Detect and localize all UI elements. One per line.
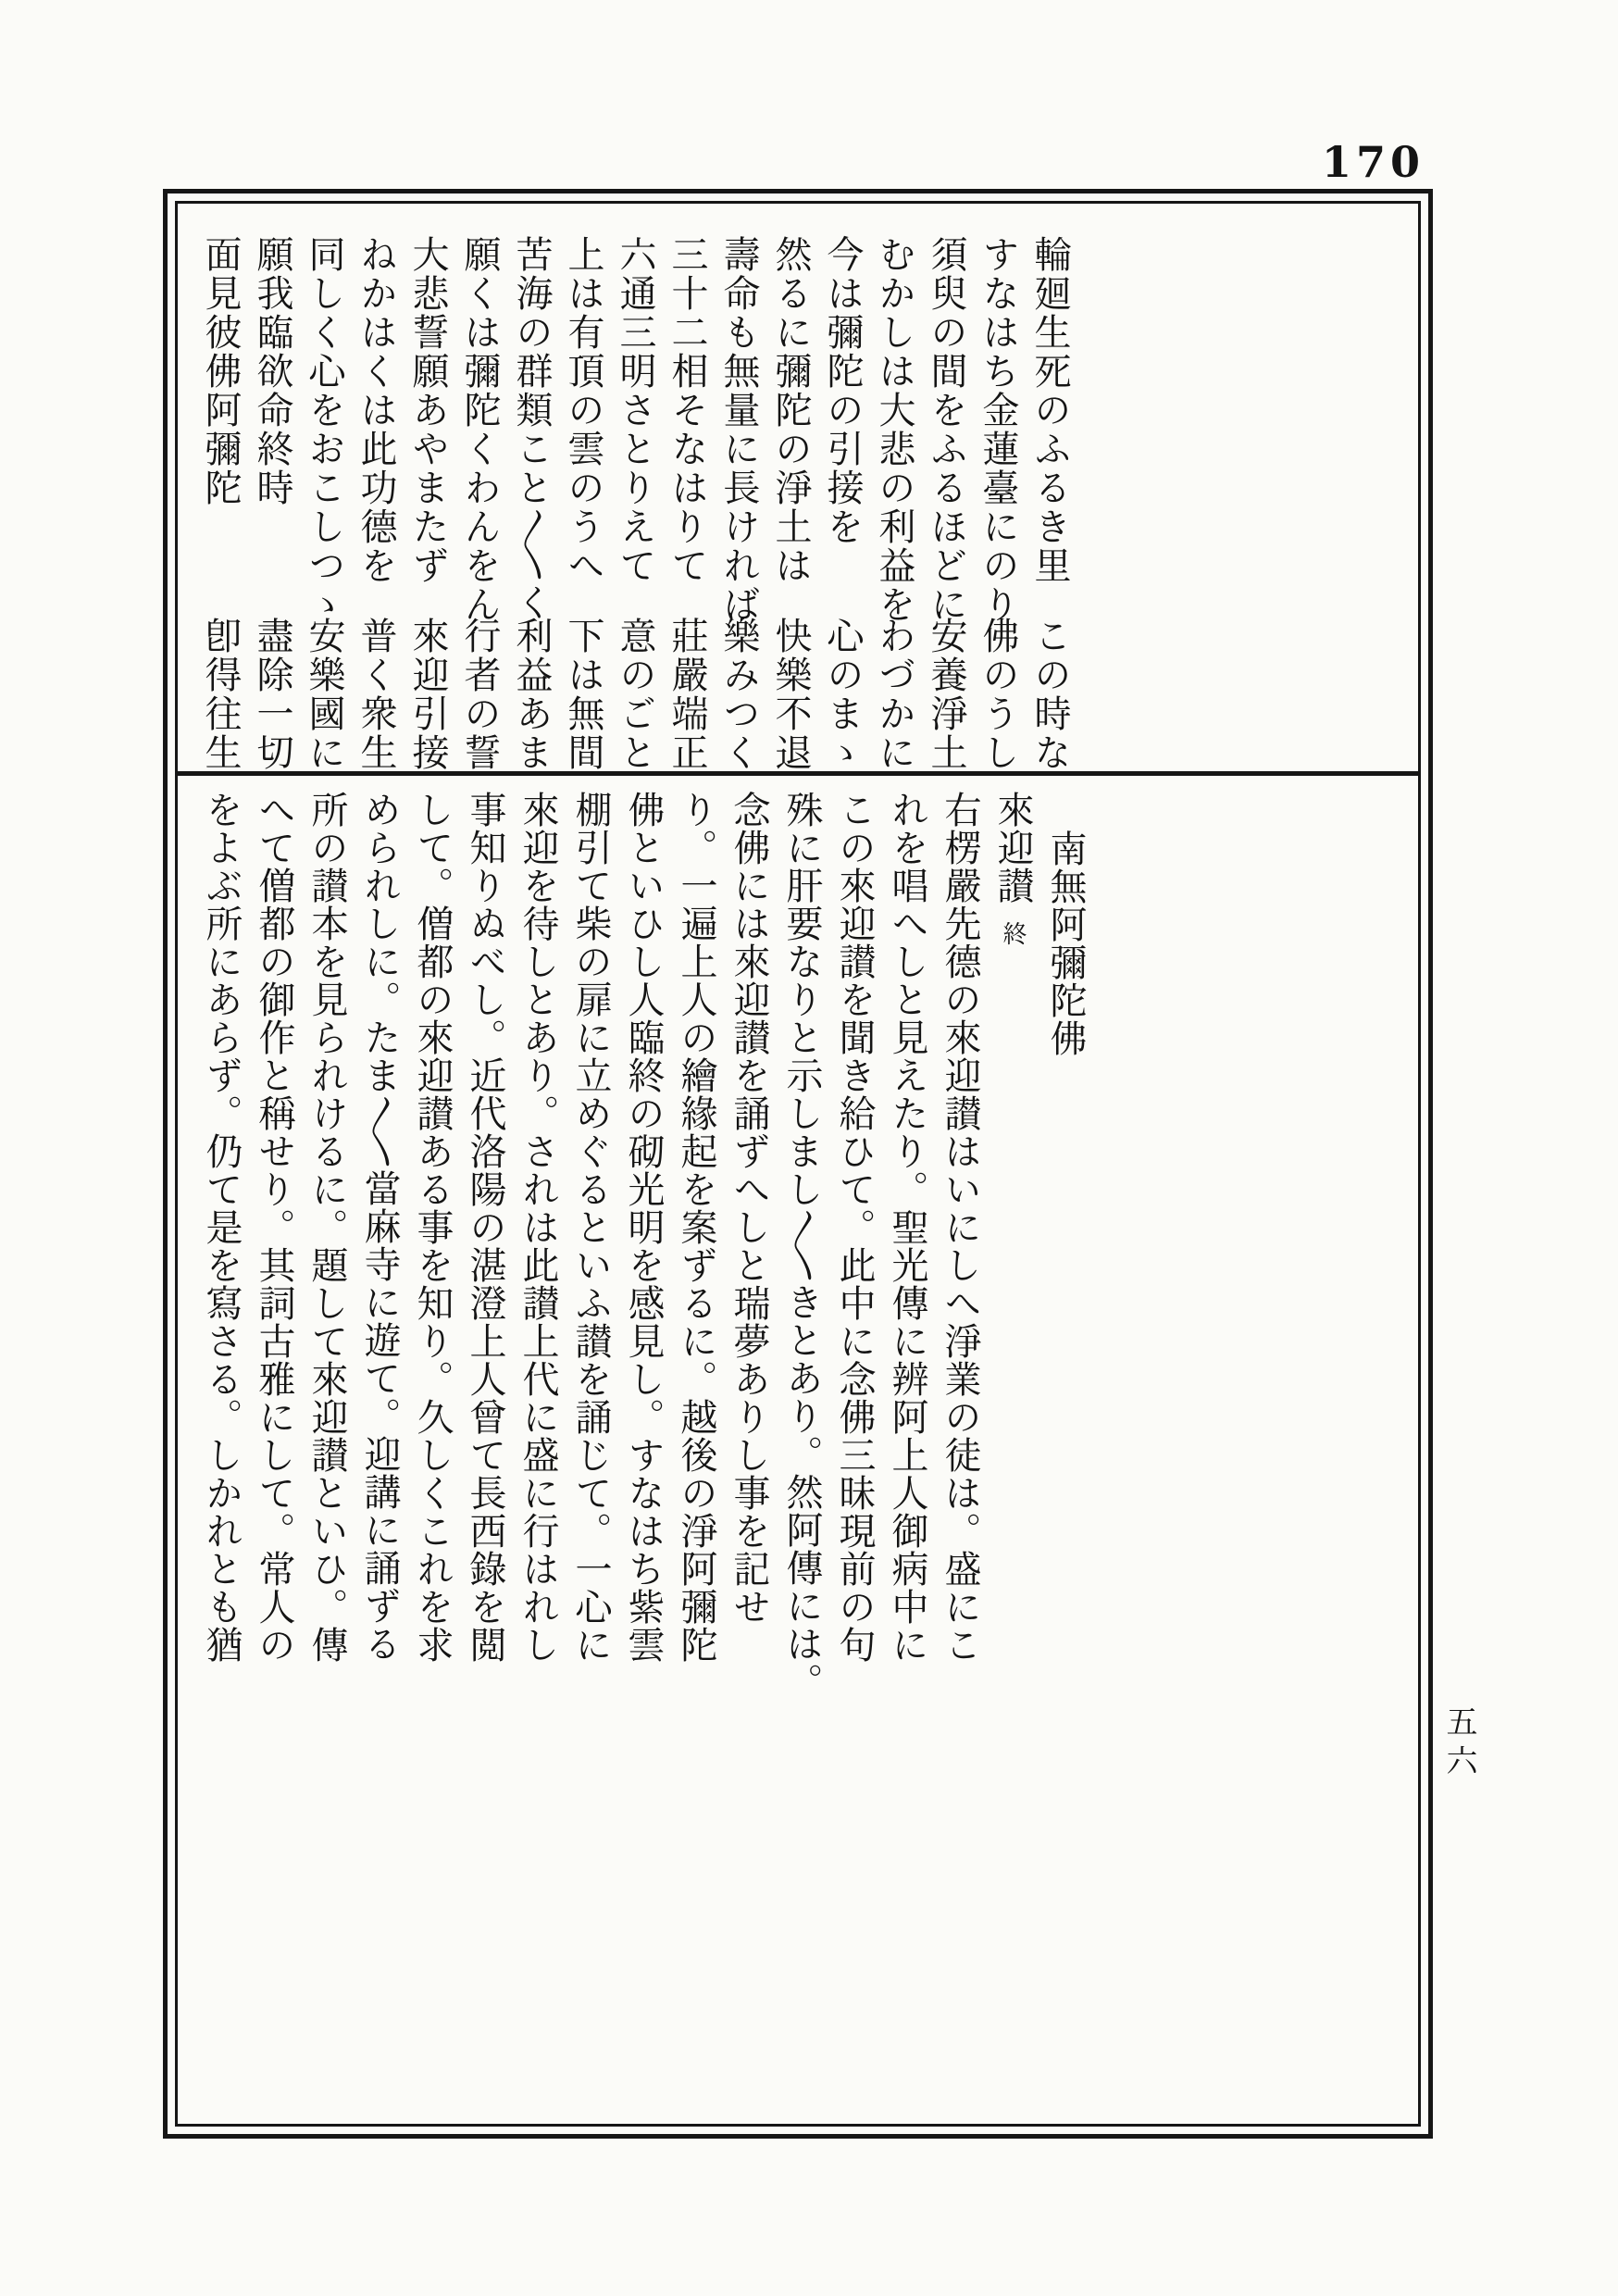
hymn-lower-phrase: 普く衆生に施して bbox=[357, 617, 394, 771]
commentary-end-note: 終 bbox=[999, 921, 1027, 945]
hymn-column: 今は彌陀の引接を心のまゝにかうふれり bbox=[824, 235, 861, 771]
commentary-column: へて僧都の御作と稱せり。其詞古雅にして。常人の bbox=[255, 791, 292, 2124]
commentary-column-text: 來迎讃 bbox=[991, 791, 1034, 905]
page-frame: 輪廻生死のふるき里この時ながくへたゝりぬすなはち金蓮臺にのり佛のうしろに隨ひて須… bbox=[163, 189, 1433, 2139]
hymn-lower-phrase: 佛のうしろに隨ひて bbox=[979, 617, 1016, 771]
hymn-column: 同しく心をおこしつゝ安樂國に往生せん bbox=[305, 235, 342, 771]
hymn-column: 三十二相そなはりて莊嚴端正殊妙なり bbox=[668, 235, 705, 771]
hymn-lower-phrase: 利益あまねく施せり bbox=[513, 617, 550, 771]
commentary-column-text: をよぶ所にあらず。仍て是を寫さる。しかれとも猶 bbox=[200, 791, 243, 1664]
commentary-column-text: して。僧都の來迎讃ある事を知り。久しくこれを求 bbox=[411, 791, 454, 1664]
hymn-lower-phrase: 行者の誓ひを愍念し bbox=[461, 617, 498, 771]
hymn-section: 輪廻生死のふるき里この時ながくへたゝりぬすなはち金蓮臺にのり佛のうしろに隨ひて須… bbox=[178, 204, 1418, 771]
hymn-column: 大悲誓願あやまたず來迎引接たれたまへ bbox=[409, 235, 446, 771]
sheet-number-vertical: 五六 bbox=[1437, 1705, 1482, 1783]
hymn-lower-phrase: 下は無間の底までも bbox=[565, 617, 602, 771]
commentary-section: 南無阿彌陀佛來迎讃終右楞嚴先德の來迎讃はいにしへ淨業の徒は。盛にこれを唱へしと見… bbox=[178, 776, 1418, 2124]
commentary-column: れを唱へしと見えたり。聖光傳に辨阿上人御病中に bbox=[889, 791, 926, 2124]
commentary-column-text: 殊に肝要なりと示しまし〱きとあり。然阿傳には。 bbox=[780, 791, 823, 1701]
commentary-column-text: 所の讃本を見られけるに。題して來迎讃といひ。傳 bbox=[305, 791, 348, 1664]
hymn-lower-phrase: 卽得往生安樂國 bbox=[202, 617, 239, 771]
commentary-column: 來迎を待しとあり。されは此讃上代に盛に行はれし bbox=[519, 791, 556, 2124]
hymn-column: 苦海の群類こと〱く利益あまねく施せり bbox=[513, 235, 550, 771]
commentary-column: この來迎讃を聞き給ひて。此中に念佛三昧現前の句 bbox=[836, 791, 873, 2124]
commentary-column: をよぶ所にあらず。仍て是を寫さる。しかれとも猶 bbox=[203, 791, 240, 2124]
hymn-lower-phrase: わづかに傳へて聞しかど bbox=[876, 617, 913, 771]
commentary-column: 右楞嚴先德の來迎讃はいにしへ淨業の徒は。盛にこ bbox=[941, 791, 978, 2124]
commentary-column-text: 佛といひし人臨終の砌光明を感見し。すなはち紫雲 bbox=[622, 791, 665, 1664]
hymn-column: 上は有頂の雲のうへ下は無間の底までも bbox=[565, 235, 602, 771]
commentary-column: 來迎讃終 bbox=[994, 791, 1031, 2124]
commentary-column: 事知りぬべし。近代洛陽の湛澄上人曾て長西錄を閲 bbox=[467, 791, 504, 2124]
commentary-columns: 南無阿彌陀佛來迎讃終右楞嚴先德の來迎讃はいにしへ淨業の徒は。盛にこれを唱へしと見… bbox=[187, 791, 1100, 2124]
commentary-column-text: 棚引て柴の扉に立めぐるといふ讃を誦じて。一心に bbox=[569, 791, 612, 1664]
folio-number: 170 bbox=[1322, 137, 1425, 187]
commentary-column: 所の讃本を見られけるに。題して來迎讃といひ。傳 bbox=[308, 791, 345, 2124]
hymn-column: 須臾の間をふるほどに安養淨土に往生す bbox=[927, 235, 965, 771]
scanned-book-page: { "page": { "folio_number": "170", "shee… bbox=[0, 0, 1618, 2296]
commentary-column: められしに。たま〱當麻寺に遊て。迎講に誦ずる bbox=[361, 791, 398, 2124]
commentary-column: り。一遍上人の繪緣起を案ずるに。越後の淨阿彌陀 bbox=[678, 791, 715, 2124]
hymn-lower-phrase: 盡除一切諸障礙 bbox=[254, 617, 291, 771]
commentary-column-text: り。一遍上人の繪緣起を案ずるに。越後の淨阿彌陀 bbox=[675, 791, 717, 1664]
commentary-column-text: 事知りぬべし。近代洛陽の湛澄上人曾て長西錄を閲 bbox=[464, 791, 506, 1664]
hymn-lower-phrase: 來迎引接たれたまへ bbox=[409, 617, 446, 771]
commentary-column: 念佛には來迎讃を誦ずへしと瑞夢ありし事を記せ bbox=[730, 791, 767, 2124]
hymn-column: むかしは大悲の利益をわづかに傳へて聞しかど bbox=[876, 235, 913, 771]
hymn-column: 然るに彌陀の淨土は快樂不退の所にて bbox=[772, 235, 809, 771]
hymn-column: 輪廻生死のふるき里この時ながくへたゝりぬ bbox=[1031, 235, 1068, 771]
hymn-lower-phrase: 快樂不退の所にて bbox=[772, 617, 809, 771]
hymn-lower-phrase: 意のごとく自在なり bbox=[616, 617, 653, 771]
commentary-column: 佛といひし人臨終の砌光明を感見し。すなはち紫雲 bbox=[625, 791, 662, 2124]
hymn-column: 願くは彌陀くわんをん行者の誓ひを愍念し bbox=[461, 235, 498, 771]
commentary-column-text: れを唱へしと見えたり。聖光傳に辨阿上人御病中に bbox=[886, 791, 928, 1664]
hymn-column: 壽命も無量に長ければ樂みつくる事そなき bbox=[720, 235, 757, 771]
commentary-column-text: 南無阿彌陀佛 bbox=[1044, 791, 1087, 1057]
hymn-columns: 輪廻生死のふるき里この時ながくへたゝりぬすなはち金蓮臺にのり佛のうしろに隨ひて須… bbox=[187, 235, 1083, 771]
commentary-column: 南無阿彌陀佛 bbox=[1047, 791, 1084, 2124]
hymn-column: 六通三明さとりえて意のごとく自在なり bbox=[616, 235, 653, 771]
commentary-column-text: へて僧都の御作と稱せり。其詞古雅にして。常人の bbox=[253, 791, 295, 1664]
commentary-column: 殊に肝要なりと示しまし〱きとあり。然阿傳には。 bbox=[783, 791, 820, 2124]
hymn-column: 面見彼佛阿彌陀卽得往生安樂國 bbox=[202, 235, 239, 771]
hymn-column: すなはち金蓮臺にのり佛のうしろに隨ひて bbox=[979, 235, 1016, 771]
hymn-lower-phrase: 樂みつくる事そなき bbox=[720, 617, 757, 771]
hymn-lower-phrase: 莊嚴端正殊妙なり bbox=[668, 617, 705, 771]
hymn-lower-phrase: 安樂國に往生せん bbox=[305, 617, 342, 771]
commentary-column-text: 念佛には來迎讃を誦ずへしと瑞夢ありし事を記せ bbox=[728, 791, 770, 1626]
commentary-column: して。僧都の來迎讃ある事を知り。久しくこれを求 bbox=[414, 791, 451, 2124]
hymn-lower-phrase: 安養淨土に往生す bbox=[927, 617, 965, 771]
commentary-column-text: められしに。たま〱當麻寺に遊て。迎講に誦ずる bbox=[358, 791, 401, 1663]
commentary-column-text: 右楞嚴先德の來迎讃はいにしへ淨業の徒は。盛にこ bbox=[939, 791, 981, 1664]
hymn-column: ねかはくは此功德を普く衆生に施して bbox=[357, 235, 394, 771]
hymn-lower-phrase: 心のまゝにかうふれり bbox=[824, 617, 861, 771]
hymn-lower-phrase: この時ながくへたゝりぬ bbox=[1031, 617, 1068, 771]
page-frame-inner-border: 輪廻生死のふるき里この時ながくへたゝりぬすなはち金蓮臺にのり佛のうしろに隨ひて須… bbox=[175, 201, 1421, 2127]
commentary-column: 棚引て柴の扉に立めぐるといふ讃を誦じて。一心に bbox=[572, 791, 609, 2124]
hymn-column: 願我臨欲命終時盡除一切諸障礙 bbox=[254, 235, 291, 771]
commentary-column-text: この來迎讃を聞き給ひて。此中に念佛三昧現前の句 bbox=[833, 791, 876, 1664]
commentary-column-text: 來迎を待しとあり。されは此讃上代に盛に行はれし bbox=[517, 791, 559, 1664]
